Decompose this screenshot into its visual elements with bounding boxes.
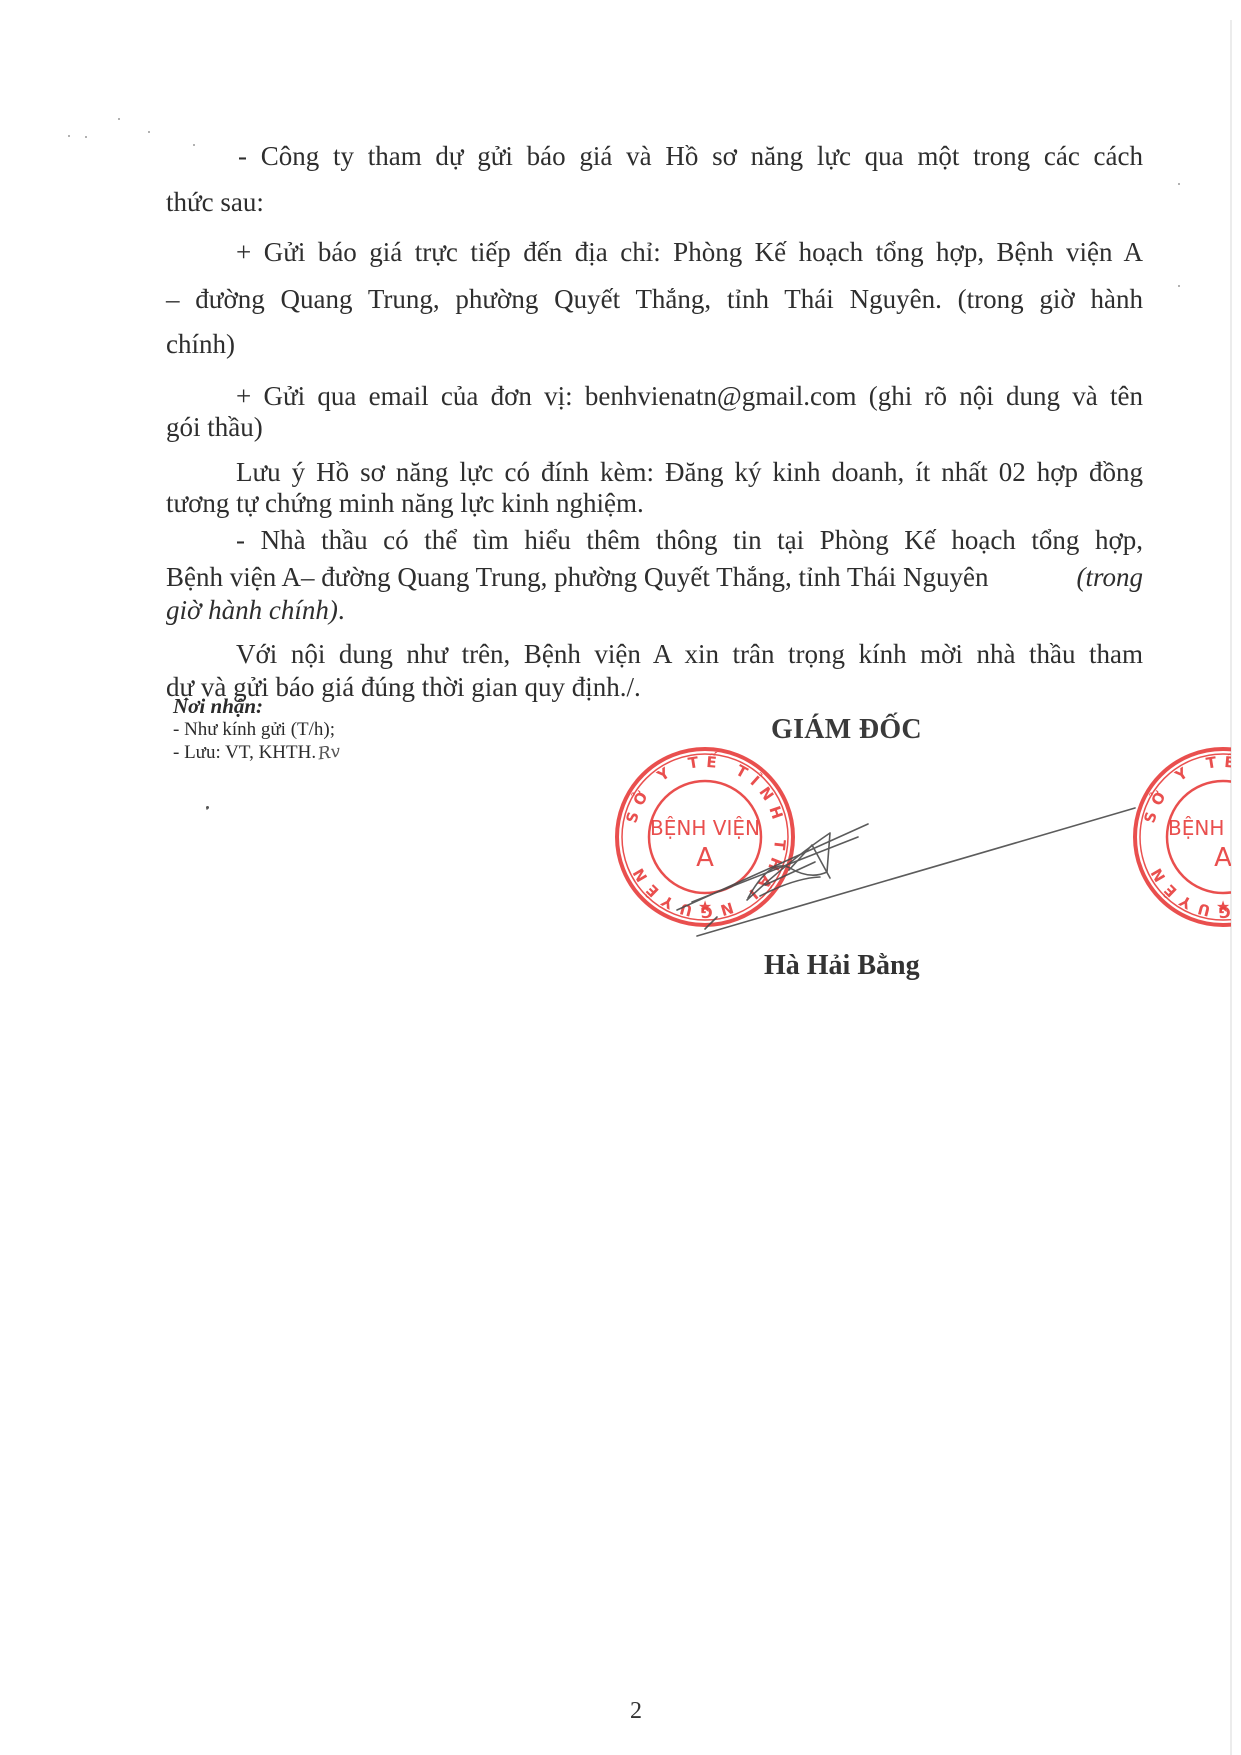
document-page: - Công ty tham dự gửi báo giá và Hồ sơ n…: [0, 0, 1241, 1755]
handwritten-signature: [0, 0, 1241, 1755]
signer-name: Hà Hải Bằng: [764, 950, 920, 982]
page-number: 2: [630, 1698, 642, 1725]
